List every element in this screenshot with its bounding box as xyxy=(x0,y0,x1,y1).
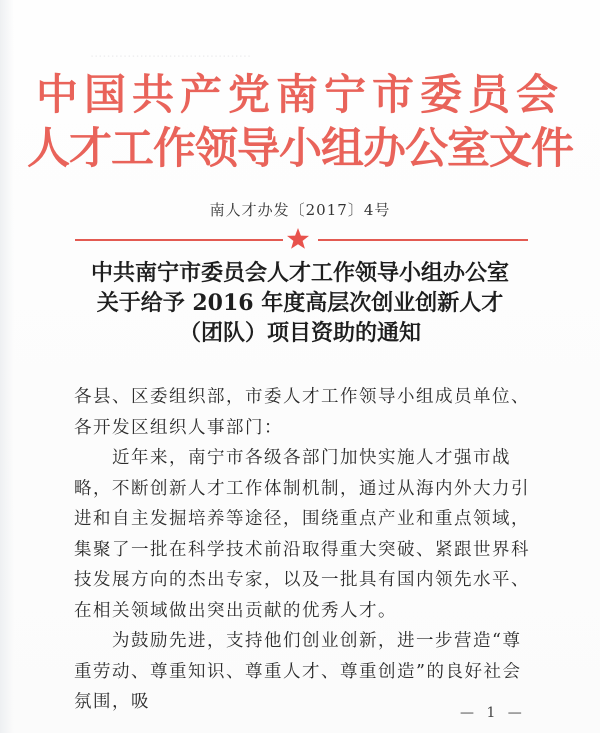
page-number: — 1 — xyxy=(460,705,526,721)
letterhead-line-1: 中国共产党南宁市委员会 xyxy=(0,62,600,122)
document-number: 南人才办发〔2017〕4号 xyxy=(0,199,600,220)
notice-title: 中共南宁市委员会人才工作领导小组办公室 关于给予 2016 年度高层次创业创新人… xyxy=(0,258,600,348)
notice-title-line-2: 关于给予 2016 年度高层次创业创新人才 xyxy=(0,288,600,318)
paragraph-1: 近年来，南宁市各级各部门加快实施人才强市战略，不断创新人才工作体制机制，通过从海… xyxy=(74,443,534,626)
salutation: 各县、区委组织部，市委人才工作领导小组成员单位、各开发区组织人事部门： xyxy=(74,382,534,443)
notice-title-line-3: （团队）项目资助的通知 xyxy=(0,318,600,348)
red-star-icon xyxy=(286,227,310,251)
divider-right xyxy=(318,239,528,241)
divider-left xyxy=(75,239,283,241)
document-page: ······································· … xyxy=(0,0,600,733)
letterhead-line-2: 人才工作领导小组办公室文件 xyxy=(0,115,600,176)
paragraph-2: 为鼓励先进，支持他们创业创新，进一步营造“尊重劳动、尊重知识、尊重人才、尊重创造… xyxy=(74,626,534,718)
notice-title-line-1: 中共南宁市委员会人才工作领导小组办公室 xyxy=(0,258,600,288)
